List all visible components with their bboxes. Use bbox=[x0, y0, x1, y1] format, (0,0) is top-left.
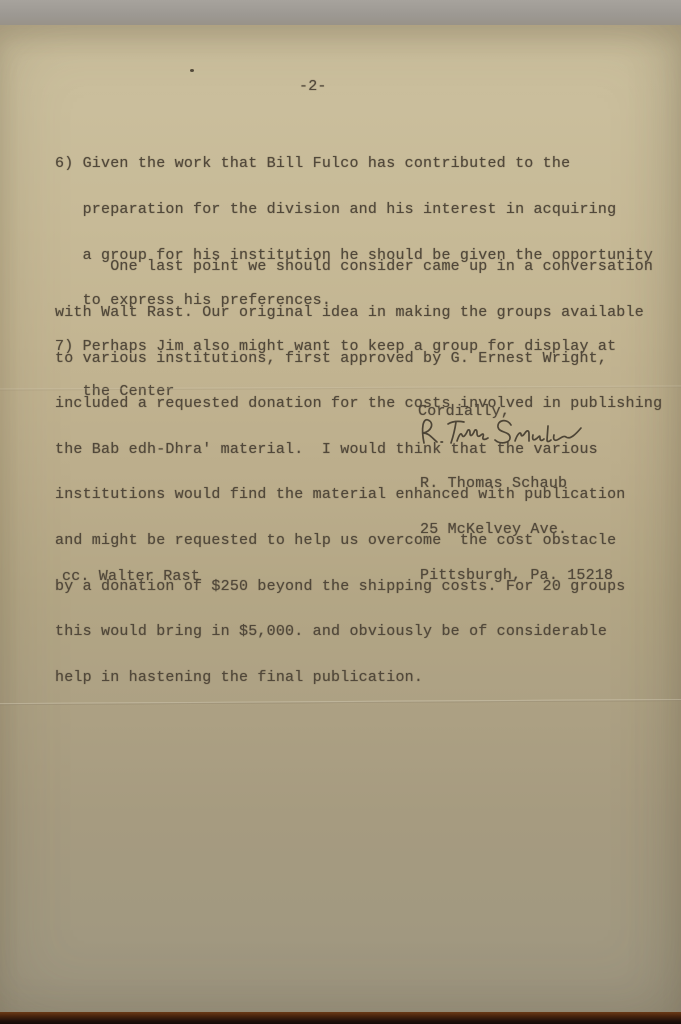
letter-photograph: -2- 6) Given the work that Bill Fulco ha… bbox=[0, 0, 681, 1024]
body-line: to various institutions, first approved … bbox=[55, 351, 662, 366]
body-line: One last point we should consider came u… bbox=[55, 259, 662, 274]
body-line: with Walt Rast. Our original idea in mak… bbox=[55, 305, 662, 320]
list-line: preparation for the division and his int… bbox=[55, 202, 653, 217]
body-line: this would bring in $5,000. and obviousl… bbox=[55, 624, 662, 639]
cc-line: cc. Walter Rast bbox=[62, 569, 200, 584]
background-surface-top bbox=[0, 0, 681, 26]
list-line: 6) Given the work that Bill Fulco has co… bbox=[55, 156, 653, 171]
sender-name: R. Thomas Schaub bbox=[420, 476, 613, 491]
body-line: help in hastening the final publication. bbox=[55, 670, 662, 685]
sender-block: R. Thomas Schaub 25 McKelvey Ave. Pittsb… bbox=[420, 446, 613, 613]
paper-speck bbox=[190, 69, 194, 72]
page-number: -2- bbox=[299, 79, 327, 94]
sender-address-street: 25 McKelvey Ave. bbox=[420, 522, 613, 537]
body-line: included a requested donation for the co… bbox=[55, 396, 662, 411]
sender-address-city: Pittsburgh, Pa. 15218 bbox=[420, 568, 613, 583]
table-wood-edge bbox=[0, 1012, 681, 1024]
